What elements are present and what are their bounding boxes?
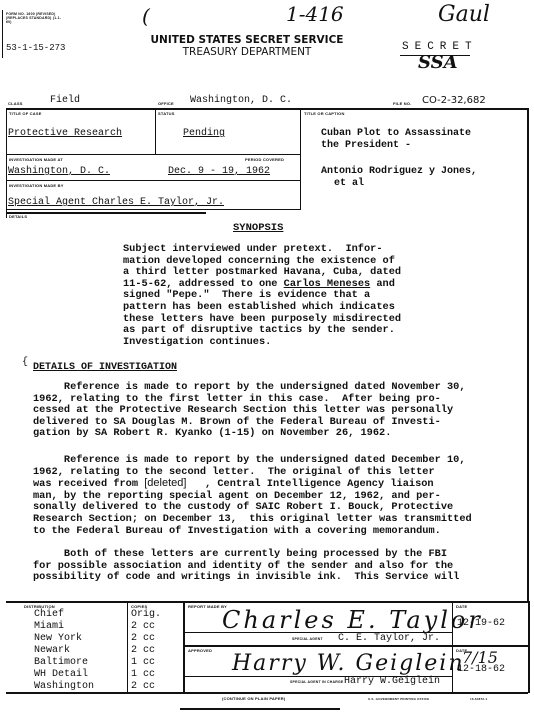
- synopsis-text: Subject interviewed under pretext. Infor…: [123, 244, 401, 348]
- period-covered-label: PERIOD COVERED: [245, 157, 284, 162]
- details-label: DETAILS: [9, 214, 27, 219]
- class-label: CLASS: [8, 101, 23, 106]
- grid-line: [300, 108, 301, 210]
- grid-line: [6, 692, 528, 694]
- distribution-office: WH Detail: [34, 669, 88, 680]
- grid-line: [6, 180, 300, 181]
- caption-line-4: et al: [334, 178, 364, 189]
- redaction-marker: [deleted]: [144, 477, 186, 489]
- investigation-made-by-value: Special Agent Charles E. Taylor, Jr.: [8, 197, 224, 208]
- grid-line: [6, 212, 206, 214]
- caption-line-2: the President -: [321, 140, 411, 151]
- grid-line: [6, 108, 528, 110]
- classification-initials: SSA: [418, 52, 458, 73]
- distribution-office: New York: [34, 633, 82, 644]
- grid-line: [528, 601, 530, 693]
- status-value: Pending: [183, 128, 225, 139]
- approved-label: APPROVED: [188, 648, 212, 653]
- details-paragraph-3: Both of these letters are currently bein…: [33, 549, 459, 584]
- footer-gpo: U.S. GOVERNMENT PRINTING OFFICE: [368, 697, 429, 701]
- grid-line: [6, 108, 7, 218]
- report-signature: Charles E. Taylor: [222, 606, 483, 634]
- margin-mark: {: [22, 357, 28, 368]
- approved-date: 12-18-62: [457, 664, 505, 675]
- handwritten-initials: Gaul: [438, 2, 490, 27]
- grid-line: [527, 108, 529, 602]
- caption-line-3: Antonio Rodriguez y Jones,: [321, 166, 477, 177]
- period-covered-value: Dec. 9 - 19, 1962: [168, 166, 270, 177]
- file-no-label: FILE NO.: [393, 101, 412, 106]
- sac-name: Harry W.Geiglein: [344, 676, 440, 687]
- special-agent-label: SPECIAL AGENT: [292, 637, 323, 641]
- investigation-made-by-label: INVESTIGATION MADE BY: [9, 183, 64, 188]
- synopsis-name-underlined: Carlos Meneses: [284, 278, 371, 290]
- title-of-case-label: TITLE OF CASE: [9, 111, 42, 116]
- distribution-office: Chief: [34, 609, 64, 620]
- grid-line: [180, 708, 340, 710]
- footer-code: 16-64872-1: [470, 697, 487, 701]
- investigation-made-at-label: INVESTIGATION MADE AT: [9, 157, 63, 162]
- handwritten-number: 1-416: [286, 2, 344, 26]
- distribution-office: Baltimore: [34, 657, 88, 668]
- distribution-copies: 2 cc: [131, 681, 155, 692]
- grid-line: [6, 601, 528, 603]
- status-label: STATUS: [158, 111, 175, 116]
- office-value: Washington, D. C.: [190, 95, 292, 106]
- distribution-copies: 1 cc: [131, 669, 155, 680]
- details-paragraph-1: Reference is made to report by the under…: [33, 382, 466, 440]
- synopsis-heading: SYNOPSIS: [233, 222, 283, 234]
- grid-line: [6, 209, 300, 210]
- approved-signature: Harry W. Geiglein: [232, 651, 464, 676]
- sac-label: SPECIAL AGENT IN CHARGE: [290, 680, 343, 684]
- special-agent-name: C. E. Taylor, Jr.: [338, 633, 440, 644]
- caption-line-1: Cuban Plot to Assassinate: [321, 128, 471, 139]
- investigation-made-at-value: Washington, D. C.: [8, 166, 110, 177]
- grid-line: [183, 601, 185, 693]
- handwritten-bracket: (: [142, 4, 150, 28]
- grid-line: [127, 601, 128, 693]
- distribution-copies: Orig.: [131, 609, 161, 620]
- distribution-office: Miami: [34, 621, 64, 632]
- office-label: OFFICE: [158, 101, 174, 106]
- distribution-office: Washington: [34, 681, 94, 692]
- title-of-case-value: Protective Research: [8, 128, 122, 139]
- footer-note: (CONTINUE ON PLAIN PAPER): [222, 696, 285, 701]
- details-heading: DETAILS OF INVESTIGATION: [33, 362, 177, 373]
- grid-line: [183, 645, 528, 647]
- report-date-label: DATE: [456, 604, 467, 609]
- distribution-copies: 2 cc: [131, 633, 155, 644]
- title-caption-label: TITLE OR CAPTION: [304, 111, 345, 116]
- distribution-copies: 1 cc: [131, 657, 155, 668]
- distribution-copies: 2 cc: [131, 621, 155, 632]
- details-paragraph-2: Reference is made to report by the under…: [33, 455, 472, 537]
- file-no-value: CO-2-32,682: [422, 95, 486, 106]
- distribution-office: Newark: [34, 645, 70, 656]
- report-date: 12-19-62: [457, 618, 505, 629]
- class-value: Field: [50, 95, 80, 106]
- grid-line: [6, 154, 300, 155]
- form-number: Form No. 1600 (Revised) (Replaces Standa…: [6, 12, 66, 24]
- distribution-copies: 2 cc: [131, 645, 155, 656]
- grid-line: [155, 108, 156, 154]
